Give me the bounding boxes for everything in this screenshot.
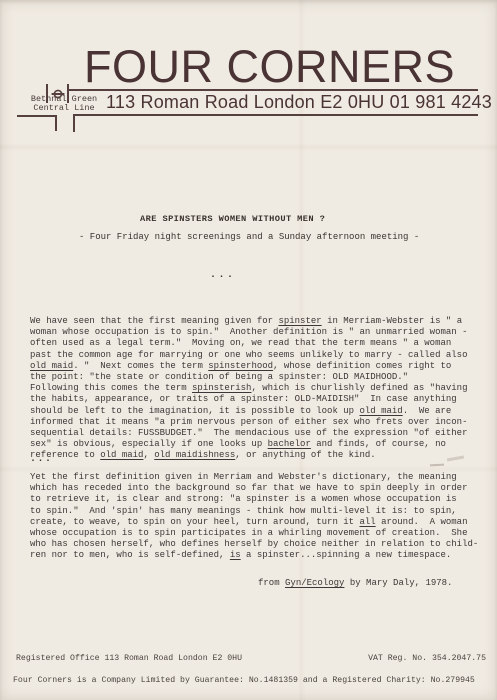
separator-dots-center: ... [210, 270, 236, 281]
body-paragraph-1: We have seen that the first meaning give… [30, 316, 492, 462]
attribution-line: from Gyn/Ecology by Mary Daly, 1978. [258, 578, 452, 588]
address-line: 113 Roman Road London E2 0HU 01 981 4243 [106, 93, 492, 111]
corner-bracket-left-horizontal [17, 115, 57, 117]
scanned-letter-page: FOUR CORNERS Bethnal Green Central Line … [0, 0, 497, 700]
screening-title: ARE SPINSTERS WOMEN WITHOUT MEN ? [140, 214, 325, 224]
header-rule-bottom [75, 114, 478, 116]
station-line-2: Central Line [20, 104, 108, 113]
footer-line-1: Registered Office 113 Roman Road London … [16, 654, 486, 663]
registered-office-text: Registered Office 113 Roman Road London … [16, 654, 242, 663]
station-label: Bethnal Green Central Line [20, 95, 108, 113]
header-rule-top [69, 89, 478, 91]
corner-bracket-left-vertical [55, 115, 57, 131]
pencil-mark [430, 464, 444, 467]
body-paragraph-2: Yet the first definition given in Merria… [30, 472, 492, 562]
separator-dots-left: ... [30, 454, 53, 465]
corner-bracket-right-vertical [73, 114, 75, 132]
screening-subtitle: - Four Friday night screenings and a Sun… [79, 232, 419, 242]
vat-number: VAT Reg. No. 354.2047.75 [368, 654, 486, 663]
org-name: FOUR CORNERS [84, 44, 455, 89]
company-registration-line: Four Corners is a Company Limited by Gua… [13, 676, 491, 685]
